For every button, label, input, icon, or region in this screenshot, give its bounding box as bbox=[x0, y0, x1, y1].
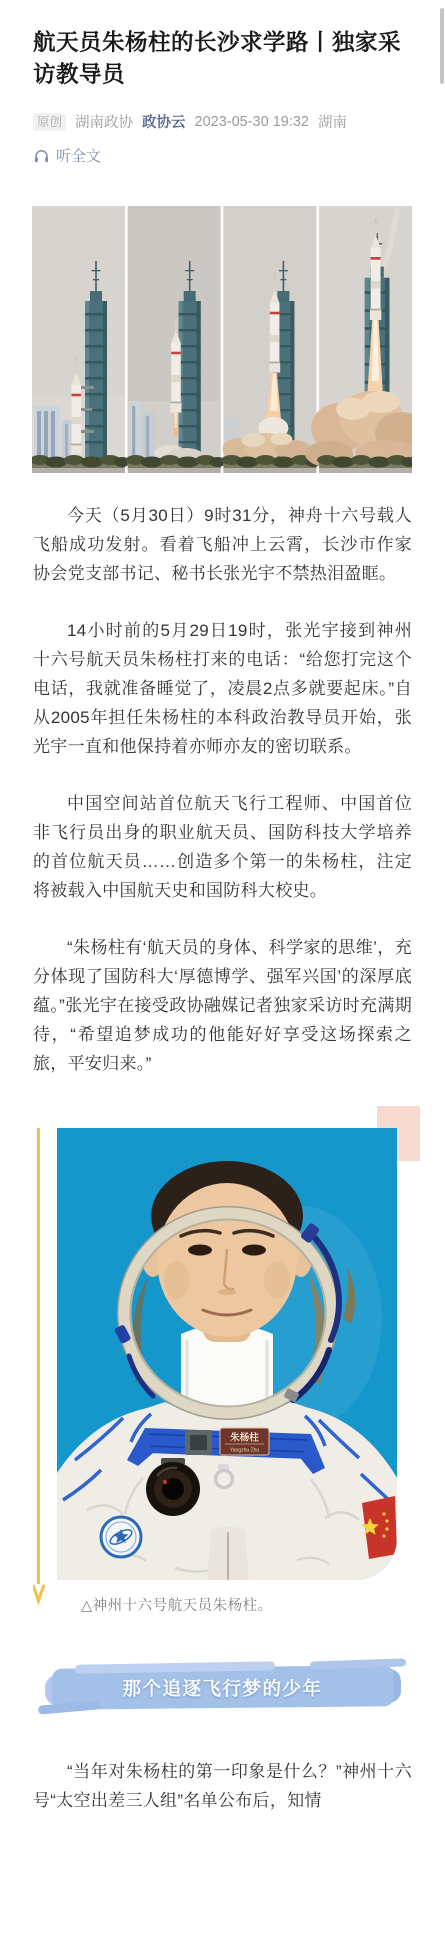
publish-location: 湖南 bbox=[318, 111, 347, 132]
body-paragraph: “朱杨柱有‘航天员的身体、科学家的思维’，充分体现了国防科大‘厚德博学、强军兴国… bbox=[33, 933, 412, 1078]
svg-text:朱杨柱: 朱杨柱 bbox=[230, 1432, 259, 1444]
article-meta: 原创 湖南政协 政协云 2023-05-30 19:32 湖南 bbox=[33, 111, 412, 132]
article-title: 航天员朱杨柱的长沙求学路丨独家采访教导员 bbox=[33, 27, 412, 91]
body-paragraph: “当年对朱杨柱的第一印象是什么？”神州十六号“太空出差三人组”名单公布后，知情 bbox=[33, 1757, 412, 1815]
scrollbar-thumb[interactable] bbox=[440, 8, 444, 84]
body-paragraph: 中国空间站首位航天飞行工程师、中国首位非飞行员出身的职业航天员、国防科技大学培养… bbox=[33, 789, 412, 905]
photo-caption: △神州十六号航天员朱杨柱。 bbox=[81, 1594, 273, 1615]
headphones-icon bbox=[33, 147, 50, 164]
listen-label: 听全文 bbox=[56, 145, 101, 166]
section-heading-badge: 那个追逐飞行梦的少年 bbox=[45, 1661, 401, 1715]
svg-text:Yangzhu Zhu: Yangzhu Zhu bbox=[230, 1448, 260, 1454]
launch-sequence-image[interactable] bbox=[32, 206, 412, 473]
body-paragraph: 今天（5月30日）9时31分，神舟十六号载人飞船成功发射。看着飞船冲上云霄，长沙… bbox=[33, 501, 412, 588]
article-body: 航天员朱杨柱的长沙求学路丨独家采访教导员 原创 湖南政协 政协云 2023-05… bbox=[0, 27, 445, 1815]
astronaut-portrait-image[interactable]: 朱杨柱 Yangzhu Zhu bbox=[57, 1128, 397, 1580]
original-badge: 原创 bbox=[33, 113, 66, 131]
body-paragraph: 14小时前的5月29日19时，张光宇接到神州十六号航天员朱杨柱打来的电话：“给您… bbox=[33, 616, 412, 761]
author-label: 湖南政协 bbox=[75, 111, 133, 132]
listen-full-text-button[interactable]: 听全文 bbox=[33, 145, 101, 165]
portrait-section: 朱杨柱 Yangzhu Zhu bbox=[33, 1106, 412, 1621]
yellow-arrow-decoration bbox=[33, 1128, 47, 1613]
publish-datetime: 2023-05-30 19:32 bbox=[195, 114, 310, 130]
account-link[interactable]: 政协云 bbox=[142, 111, 186, 132]
section-heading-text: 那个追逐飞行梦的少年 bbox=[45, 1661, 401, 1715]
